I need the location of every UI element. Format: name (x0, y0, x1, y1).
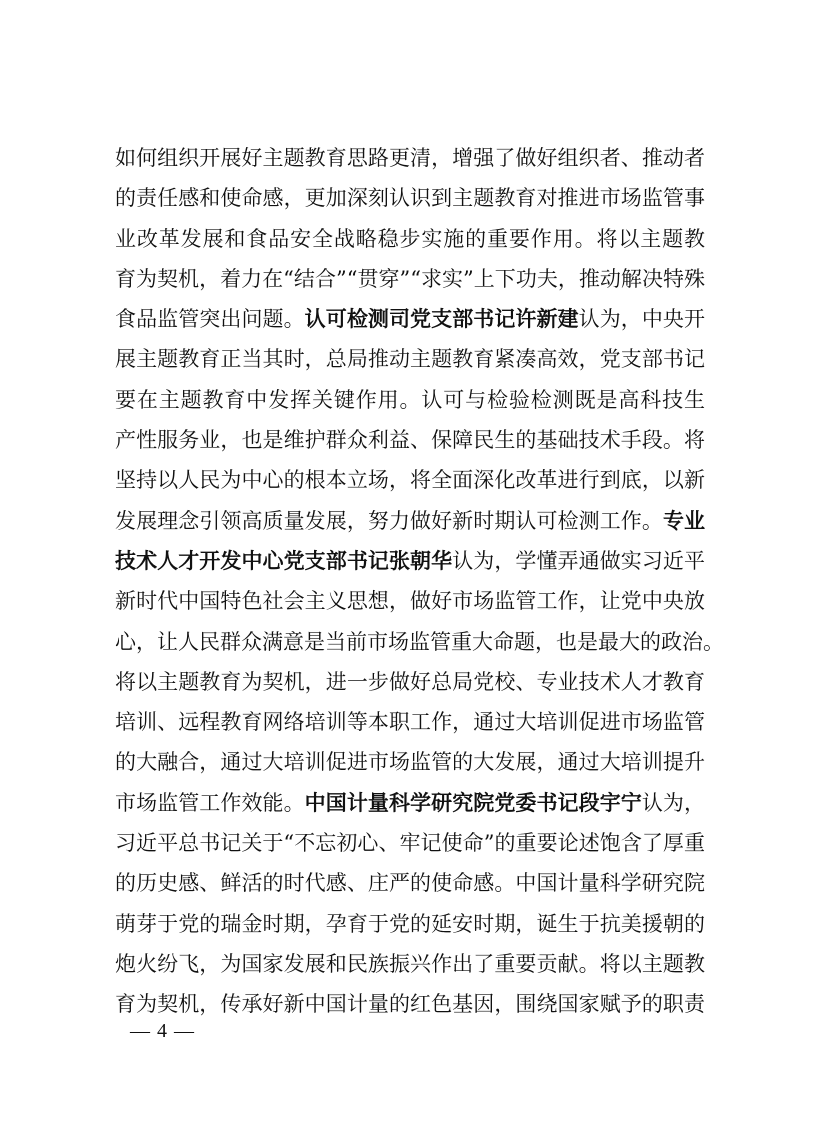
text-span: 认为， (642, 791, 705, 815)
text-line: 育为契机，传承好新中国计量的红色基因，围绕国家赋予的职责 (115, 984, 705, 1024)
text-line: 食品监管突出问题。认可检测司党支部书记许新建认为，中央开 (115, 299, 705, 339)
text-line: 技术人才开发中心党支部书记张朝华认为，学懂弄通做实习近平 (115, 541, 705, 581)
text-line: 要在主题教育中发挥关键作用。认可与检验检测既是高科技生 (115, 380, 705, 420)
text-span: 心，让人民群众满意是当前市场监管重大命题，也是最大的政治。 (115, 630, 724, 654)
text-line: 将以主题教育为契机，进一步做好总局党校、专业技术人才教育 (115, 662, 705, 702)
text-span: 产性服务业，也是维护群众利益、保障民生的基础技术手段。将 (115, 428, 705, 452)
text-line: 的历史感、鲜活的时代感、庄严的使命感。中国计量科学研究院 (115, 863, 705, 903)
text-line: 坚持以人民为中心的根本立场，将全面深化改革进行到底，以新 (115, 460, 705, 500)
text-line: 发展理念引领高质量发展，努力做好新时期认可检测工作。专业 (115, 501, 705, 541)
text-span: 育为契机，传承好新中国计量的红色基因，围绕国家赋予的职责 (115, 992, 705, 1016)
text-span: 萌芽于党的瑞金时期，孕育于党的延安时期，诞生于抗美援朝的 (115, 912, 705, 936)
text-span: 将以主题教育为契机，进一步做好总局党校、专业技术人才教育 (115, 670, 705, 694)
text-span: 食品监管突出问题。 (115, 307, 305, 331)
text-span: 发展理念引领高质量发展，努力做好新时期认可检测工作。 (115, 509, 663, 533)
text-span: 坚持以人民为中心的根本立场，将全面深化改革进行到底，以新 (115, 468, 705, 492)
document-page: 如何组织开展好主题教育思路更清，增强了做好组织者、推动者的责任感和使命感，更加深… (0, 0, 816, 1145)
text-span: 培训、远程教育网络培训等本职工作，通过大培训促进市场监管 (115, 710, 705, 734)
body-text: 如何组织开展好主题教育思路更清，增强了做好组织者、推动者的责任感和使命感，更加深… (115, 138, 705, 1025)
text-span: 市场监管工作效能。 (115, 791, 305, 815)
text-span: 如何组织开展好主题教育思路更清，增强了做好组织者、推动者 (115, 146, 705, 170)
text-span: 认为，学懂弄通做实习近平 (452, 549, 705, 573)
text-line: 市场监管工作效能。中国计量科学研究院党委书记段宇宁认为， (115, 783, 705, 823)
bold-name-span: 专业 (663, 508, 705, 533)
text-line: 育为契机，着力在“结合”“贯穿”“求实”上下功夫，推动解决特殊 (115, 259, 705, 299)
text-line: 展主题教育正当其时，总局推动主题教育紧凑高效，党支部书记 (115, 339, 705, 379)
bold-name-span: 认可检测司党支部书记许新建 (305, 306, 579, 331)
text-line: 培训、远程教育网络培训等本职工作，通过大培训促进市场监管 (115, 702, 705, 742)
text-line: 业改革发展和食品安全战略稳步实施的重要作用。将以主题教 (115, 219, 705, 259)
bold-name-span: 中国计量科学研究院党委书记段宇宁 (305, 790, 642, 815)
text-line: 产性服务业，也是维护群众利益、保障民生的基础技术手段。将 (115, 420, 705, 460)
text-span: 习近平总书记关于“不忘初心、牢记使命”的重要论述饱含了厚重 (115, 831, 705, 855)
page-number: — 4 — (130, 1020, 195, 1043)
text-span: 炮火纷飞，为国家发展和民族振兴作出了重要贡献。将以主题教 (115, 952, 705, 976)
text-line: 萌芽于党的瑞金时期，孕育于党的延安时期，诞生于抗美援朝的 (115, 904, 705, 944)
text-line: 心，让人民群众满意是当前市场监管重大命题，也是最大的政治。 (115, 622, 705, 662)
text-line: 的大融合，通过大培训促进市场监管的大发展，通过大培训提升 (115, 742, 705, 782)
text-line: 炮火纷飞，为国家发展和民族振兴作出了重要贡献。将以主题教 (115, 944, 705, 984)
bold-name-span: 技术人才开发中心党支部书记张朝华 (115, 548, 452, 573)
text-span: 的大融合，通过大培训促进市场监管的大发展，通过大培训提升 (115, 750, 705, 774)
text-span: 业改革发展和食品安全战略稳步实施的重要作用。将以主题教 (115, 227, 705, 251)
text-span: 展主题教育正当其时，总局推动主题教育紧凑高效，党支部书记 (115, 347, 705, 371)
text-span: 新时代中国特色社会主义思想，做好市场监管工作，让党中央放 (115, 589, 705, 613)
text-line: 习近平总书记关于“不忘初心、牢记使命”的重要论述饱含了厚重 (115, 823, 705, 863)
text-span: 的历史感、鲜活的时代感、庄严的使命感。中国计量科学研究院 (115, 871, 705, 895)
text-line: 新时代中国特色社会主义思想，做好市场监管工作，让党中央放 (115, 581, 705, 621)
text-span: 的责任感和使命感，更加深刻认识到主题教育对推进市场监管事 (115, 186, 705, 210)
text-span: 要在主题教育中发挥关键作用。认可与检验检测既是高科技生 (115, 388, 705, 412)
text-span: 育为契机，着力在“结合”“贯穿”“求实”上下功夫，推动解决特殊 (115, 267, 705, 291)
text-line: 如何组织开展好主题教育思路更清，增强了做好组织者、推动者 (115, 138, 705, 178)
text-line: 的责任感和使命感，更加深刻认识到主题教育对推进市场监管事 (115, 178, 705, 218)
text-span: 认为，中央开 (579, 307, 705, 331)
